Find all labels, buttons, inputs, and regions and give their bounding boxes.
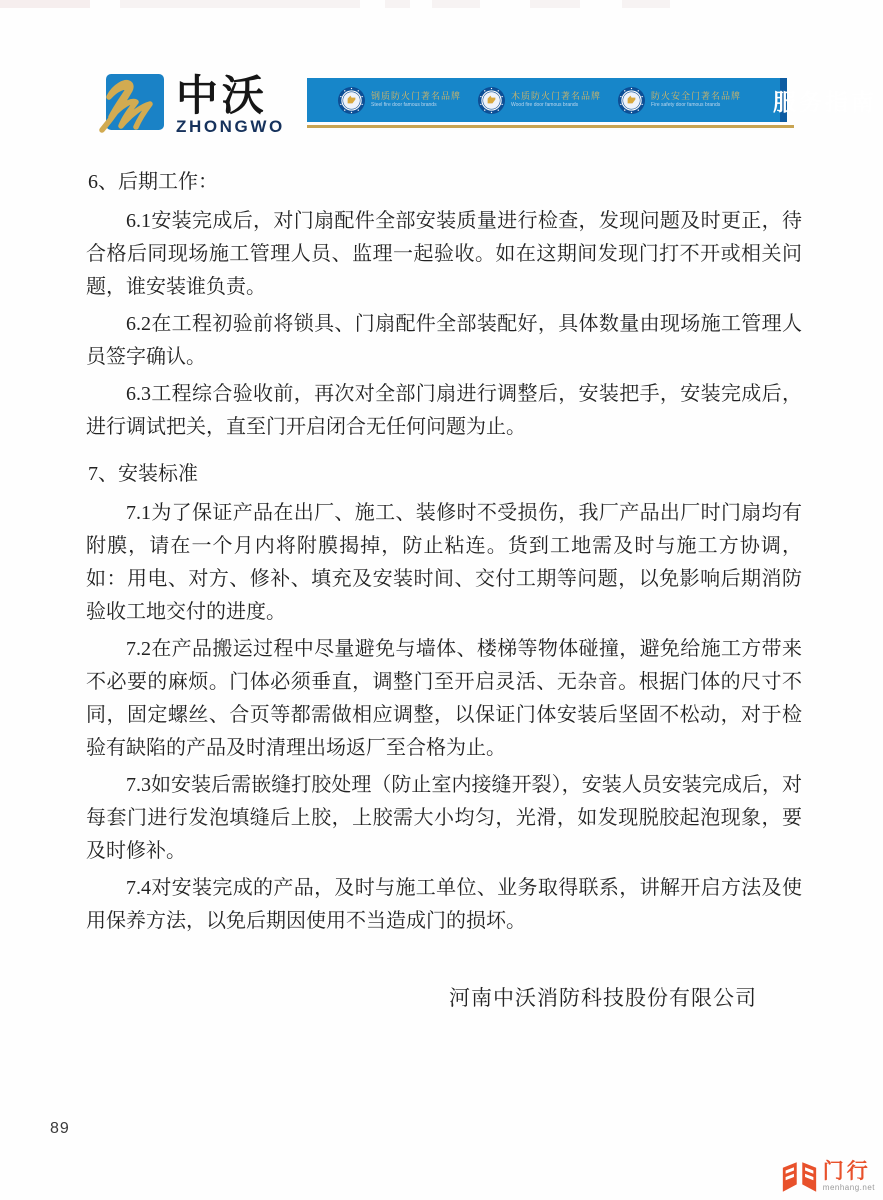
paragraph: 6.3工程综合验收前，再次对全部门扇进行调整后，安装把手，安装完成后，进行调试把… <box>86 378 802 444</box>
paragraph: 7.4对安装完成的产品，及时与施工单位、业务取得联系，讲解开启方法及使用保养方法… <box>86 872 802 938</box>
award-medal-icon <box>617 86 646 115</box>
zhongwo-logo: 中沃 ZHONGWO <box>98 72 285 138</box>
award-medal-icon <box>337 86 366 115</box>
watermark-text-cn: 门行 <box>823 1161 875 1183</box>
menhang-watermark: 门行 menhang.net <box>781 1160 875 1194</box>
paragraph: 7.2在产品搬运过程中尽量避免与墙体、楼梯等物体碰撞，避免给施工方带来不必要的麻… <box>86 633 802 765</box>
badge-wood-fire-door: 木质防火门著名品牌 Wood fire door famous brands <box>477 86 601 115</box>
zhongwo-logo-icon <box>98 72 166 138</box>
badge-label-cn: 木质防火门著名品牌 <box>511 91 601 102</box>
section-heading: 6、后期工作： <box>88 166 802 199</box>
award-medal-icon <box>477 86 506 115</box>
banner-gold-underline <box>307 125 794 128</box>
badge-steel-fire-door: 钢质防火门著名品牌 Steel fire door famous brands <box>337 86 461 115</box>
badge-label-cn: 钢质防火门著名品牌 <box>371 91 461 102</box>
section-install-standard: 7、安装标准 7.1为了保证产品在出厂、施工、装修时不受损伤，我厂产品出厂时门扇… <box>86 458 802 938</box>
header-banner: 钢质防火门著名品牌 Steel fire door famous brands … <box>307 78 787 122</box>
logo-text-en: ZHONGWO <box>176 118 285 136</box>
paragraph: 7.1为了保证产品在出厂、施工、装修时不受损伤，我厂产品出厂时门扇均有附膜，请在… <box>86 497 802 629</box>
paragraph: 6.1安装完成后，对门扇配件全部安装质量进行检查，发现问题及时更正，待合格后同现… <box>86 205 802 304</box>
document-page: 中沃 ZHONGWO 钢质防火门著名品牌 Steel fire door fam… <box>0 0 883 1200</box>
document-body: 6、后期工作： 6.1安装完成后，对门扇配件全部安装质量进行检查，发现问题及时更… <box>86 166 802 1015</box>
paragraph: 7.3如安装后需嵌缝打胶处理（防止室内接缝开裂），安装人员安装完成后，对每套门进… <box>86 769 802 868</box>
watermark-site: menhang.net <box>823 1183 875 1193</box>
badge-label-en: Steel fire door famous brands <box>371 102 461 109</box>
section-post-work: 6、后期工作： 6.1安装完成后，对门扇配件全部安装质量进行检查，发现问题及时更… <box>86 166 802 444</box>
logo-text-cn: 中沃 <box>176 75 285 117</box>
badge-fire-safety-door: 防火安全门著名品牌 Fire safety door famous brands <box>617 86 741 115</box>
badge-label-en: Wood fire door famous brands <box>511 102 601 109</box>
badge-label-cn: 防火安全门著名品牌 <box>651 91 741 102</box>
banner-title: 服务指南 <box>757 84 883 117</box>
section-heading: 7、安装标准 <box>88 458 802 491</box>
menhang-logo-icon <box>781 1160 818 1194</box>
page-number: 89 <box>50 1120 70 1138</box>
company-signature: 河南中沃消防科技股份有限公司 <box>86 982 802 1015</box>
paragraph: 6.2在工程初验前将锁具、门扇配件全部装配好，具体数量由现场施工管理人员签字确认… <box>86 308 802 374</box>
badge-label-en: Fire safety door famous brands <box>651 102 741 109</box>
